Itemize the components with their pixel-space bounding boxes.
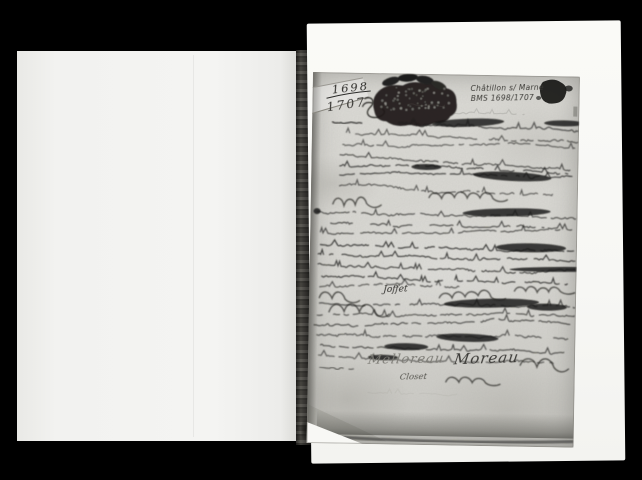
blank-left-page [17, 51, 297, 441]
signature-melloreau: Melloreau [367, 352, 446, 368]
register-page: 1698 1707 Châtillon s/ Marne BMS 1698/17… [307, 72, 580, 448]
bottom-dirt-band [317, 410, 574, 438]
scanned-register-photo: 1698 1707 Châtillon s/ Marne BMS 1698/17… [0, 0, 642, 480]
archival-note-reference: BMS 1698/1707 [471, 92, 544, 103]
archival-note-place: Châtillon s/ Marne [471, 83, 544, 94]
signature-joffet: Joffet [383, 284, 408, 295]
page-crease [193, 55, 194, 437]
signature-moreau: Moreau [453, 348, 521, 368]
archival-note: Châtillon s/ Marne BMS 1698/1707 [471, 83, 545, 103]
manuscript-ink-layer [307, 72, 580, 448]
signature-closet: Closet [399, 372, 427, 382]
